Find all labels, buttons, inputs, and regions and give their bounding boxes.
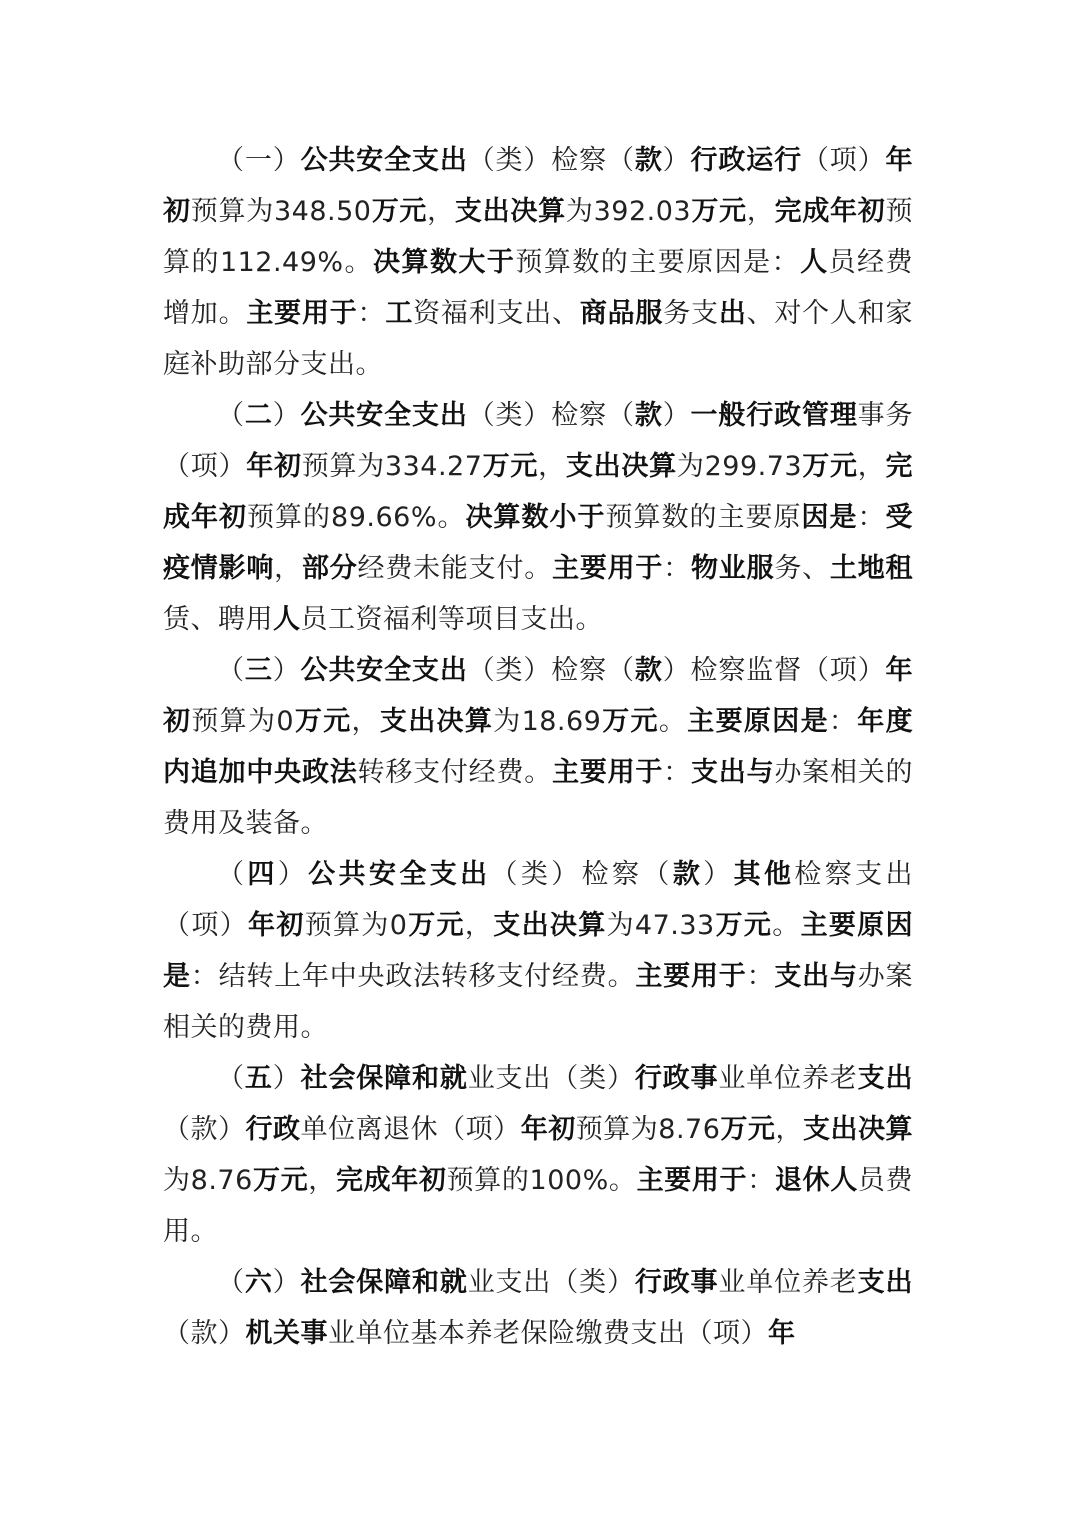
text-run: 万元 bbox=[482, 451, 538, 482]
text-run: 款 bbox=[635, 400, 663, 431]
text-run: 预算的89.66%。 bbox=[247, 502, 465, 533]
text-run: 万元 bbox=[802, 451, 858, 482]
text-run: ） bbox=[703, 859, 733, 890]
text-run: 支出决算 bbox=[380, 706, 493, 737]
text-run: 务、 bbox=[774, 553, 830, 584]
text-run: 决算数小于 bbox=[465, 502, 605, 533]
text-run: ： bbox=[358, 298, 386, 329]
text-run: 其他 bbox=[734, 859, 795, 890]
text-run: 支出 bbox=[858, 1063, 913, 1094]
text-run: （ bbox=[217, 859, 247, 890]
text-run: ： bbox=[858, 502, 886, 533]
text-run: （项） bbox=[802, 145, 886, 176]
text-run: 预算为348.50 bbox=[191, 196, 372, 227]
text-run: 年初 bbox=[246, 451, 301, 482]
text-run: 转移支付经费。 bbox=[358, 757, 553, 788]
text-run: 支出决算 bbox=[493, 910, 606, 941]
text-run: 为8.76 bbox=[163, 1165, 253, 1196]
text-run: ） bbox=[273, 400, 301, 431]
text-run: 支出决算 bbox=[455, 196, 566, 227]
text-run: 为299.73 bbox=[677, 451, 802, 482]
text-run: 行政事 bbox=[635, 1267, 719, 1298]
text-run: 与 bbox=[747, 757, 775, 788]
text-run: ： bbox=[747, 961, 775, 992]
text-run: 退休人 bbox=[775, 1165, 858, 1196]
document-page: （一）公共安全支出（类）检察（款）行政运行（项）年初预算为348.50万元，支出… bbox=[163, 135, 913, 1359]
text-run: ） bbox=[273, 655, 301, 686]
text-run: 支出决算 bbox=[566, 451, 677, 482]
text-run: 万元 bbox=[715, 910, 773, 941]
paragraph-3-procuratorial-supervision: （三）公共安全支出（类）检察（款）检察监督（项）年初预算为0万元，支出决算为18… bbox=[163, 645, 913, 849]
text-run: 预算数的主要原因是： bbox=[515, 247, 800, 278]
text-run: （类）检察（ bbox=[468, 655, 635, 686]
text-run: 主要用于 bbox=[637, 1165, 748, 1196]
text-run: 万元 bbox=[407, 910, 465, 941]
text-run: ， bbox=[858, 451, 886, 482]
text-run: 万元 bbox=[601, 706, 659, 737]
text-run: 因是 bbox=[802, 502, 858, 533]
text-run: 款 bbox=[635, 655, 663, 686]
text-run: ， bbox=[538, 451, 566, 482]
text-run: （类）检察（ bbox=[468, 145, 635, 176]
text-run: 工 bbox=[385, 298, 413, 329]
text-run: 行政 bbox=[246, 1114, 301, 1145]
text-run: 支出决算 bbox=[803, 1114, 913, 1145]
text-run: ： bbox=[829, 706, 857, 737]
text-run: 完成年初 bbox=[336, 1165, 447, 1196]
text-run: 决算数大于 bbox=[373, 247, 515, 278]
paragraph-2-general-administration: （二）公共安全支出（类）检察（款）一般行政管理事务（项）年初预算为334.27万… bbox=[163, 390, 913, 645]
text-run: 万元 bbox=[691, 196, 747, 227]
text-run: 主要原因 bbox=[687, 706, 800, 737]
text-run: 万元 bbox=[371, 196, 427, 227]
text-run: ： bbox=[663, 553, 691, 584]
text-run: 年初 bbox=[248, 910, 305, 941]
text-run: （款） bbox=[163, 1114, 246, 1145]
text-run: 主要用于 bbox=[552, 757, 663, 788]
text-run: ） bbox=[663, 400, 691, 431]
paragraph-4-other-procuratorial-expenses: （四）公共安全支出（类）检察（款）其他检察支出（项）年初预算为0万元，支出决算为… bbox=[163, 849, 913, 1053]
text-run: 赁、聘用 bbox=[163, 604, 273, 635]
text-run: ： bbox=[747, 1165, 775, 1196]
text-run: ， bbox=[352, 706, 380, 737]
text-run: 年初 bbox=[521, 1114, 576, 1145]
text-run: 预算为334.27 bbox=[302, 451, 483, 482]
text-run: （ bbox=[217, 1063, 245, 1094]
text-run: ） bbox=[273, 1267, 301, 1298]
text-run: 三 bbox=[245, 655, 273, 686]
text-run: 预算数的主要原 bbox=[606, 502, 802, 533]
text-run: 行政运行 bbox=[691, 145, 802, 176]
text-run: ） bbox=[663, 145, 691, 176]
text-run: 款 bbox=[635, 145, 663, 176]
text-run: （一） bbox=[217, 145, 301, 176]
text-run: 支出 bbox=[858, 1267, 913, 1298]
text-run: 是 bbox=[163, 961, 191, 992]
text-run: （ bbox=[217, 400, 245, 431]
text-run: （ bbox=[217, 655, 245, 686]
text-run: 服 bbox=[747, 553, 775, 584]
text-run: 。 bbox=[659, 706, 687, 737]
text-run: ， bbox=[747, 196, 775, 227]
text-run: ， bbox=[274, 553, 302, 584]
text-run: 资福利支出、 bbox=[413, 298, 580, 329]
text-run: 公共安全支出 bbox=[301, 655, 468, 686]
text-run: 完成年初 bbox=[775, 196, 886, 227]
text-run: 为18.69 bbox=[493, 706, 601, 737]
text-run: ） bbox=[273, 1063, 301, 1094]
text-run: （类）检察（ bbox=[491, 859, 673, 890]
text-run: ， bbox=[427, 196, 455, 227]
text-run: 支出 bbox=[691, 757, 747, 788]
text-run: 预算为8.76 bbox=[576, 1114, 721, 1145]
text-run: 公共安全支出 bbox=[301, 400, 468, 431]
text-run: 务支 bbox=[663, 298, 719, 329]
text-run: 五 bbox=[245, 1063, 273, 1094]
text-run: 物业 bbox=[691, 553, 747, 584]
text-run: 业支出（类） bbox=[468, 1267, 635, 1298]
text-run: 商品服 bbox=[580, 298, 663, 329]
text-run: 经费未能支付。 bbox=[358, 553, 553, 584]
text-run: 主要用于 bbox=[552, 553, 663, 584]
text-run: 。 bbox=[772, 910, 800, 941]
text-run: ：结转上年中央政法转移支付经费。 bbox=[191, 961, 636, 992]
text-run: （款） bbox=[163, 1318, 246, 1349]
text-run: 年 bbox=[768, 1318, 796, 1349]
text-run: 支出与 bbox=[774, 961, 857, 992]
text-run: 业单位养老 bbox=[718, 1063, 857, 1094]
text-run: 万元 bbox=[720, 1114, 775, 1145]
text-run: 业支出（类） bbox=[468, 1063, 635, 1094]
text-run: 四 bbox=[247, 859, 277, 890]
paragraph-1-administrative-operation: （一）公共安全支出（类）检察（款）行政运行（项）年初预算为348.50万元，支出… bbox=[163, 135, 913, 390]
text-run: 万元 bbox=[294, 706, 352, 737]
text-run: 一般行政管理 bbox=[691, 400, 858, 431]
text-run: ） bbox=[278, 859, 308, 890]
text-run: 万元 bbox=[253, 1165, 308, 1196]
text-run: 员工资福利等项目支出。 bbox=[301, 604, 604, 635]
paragraph-5-retirement-expenses: （五）社会保障和就业支出（类）行政事业单位养老支出（款）行政单位离退休（项）年初… bbox=[163, 1053, 913, 1257]
text-run: 业单位养老 bbox=[718, 1267, 857, 1298]
text-run: 人 bbox=[800, 247, 828, 278]
text-run: 为392.03 bbox=[566, 196, 691, 227]
text-run: 人 bbox=[273, 604, 301, 635]
text-run: 公共安全支出 bbox=[308, 859, 490, 890]
text-run: 土地租 bbox=[830, 553, 913, 584]
text-run: 是 bbox=[801, 706, 829, 737]
text-run: 预算为0 bbox=[305, 910, 408, 941]
text-run: ， bbox=[775, 1114, 803, 1145]
text-run: ： bbox=[663, 757, 691, 788]
text-run: 社会保障和就 bbox=[301, 1063, 468, 1094]
text-run: 预算为0 bbox=[191, 706, 294, 737]
text-run: 出 bbox=[719, 298, 747, 329]
text-run: 社会保障和就 bbox=[301, 1267, 468, 1298]
text-run: 预算的100%。 bbox=[447, 1165, 637, 1196]
text-run: 二 bbox=[245, 400, 273, 431]
text-run: 公共安全支出 bbox=[301, 145, 468, 176]
text-run: 主要用于 bbox=[246, 298, 357, 329]
text-run: 行政事 bbox=[635, 1063, 719, 1094]
text-run: 机关事 bbox=[246, 1318, 329, 1349]
text-run: 款 bbox=[673, 859, 703, 890]
text-run: ）检察监督（项） bbox=[663, 655, 886, 686]
text-run: （ bbox=[217, 1267, 245, 1298]
text-run: ， bbox=[465, 910, 493, 941]
text-run: 业单位基本养老保险缴费支出（项） bbox=[328, 1318, 768, 1349]
text-run: 部分 bbox=[302, 553, 358, 584]
text-run: 单位离退休（项） bbox=[301, 1114, 521, 1145]
text-run: （类）检察（ bbox=[468, 400, 635, 431]
text-run: 为47.33 bbox=[607, 910, 715, 941]
text-run: ， bbox=[308, 1165, 336, 1196]
paragraph-6-pension-insurance: （六）社会保障和就业支出（类）行政事业单位养老支出（款）机关事业单位基本养老保险… bbox=[163, 1257, 913, 1359]
text-run: 六 bbox=[245, 1267, 273, 1298]
text-run: 主要原因 bbox=[801, 910, 914, 941]
text-run: 主要用于 bbox=[635, 961, 746, 992]
